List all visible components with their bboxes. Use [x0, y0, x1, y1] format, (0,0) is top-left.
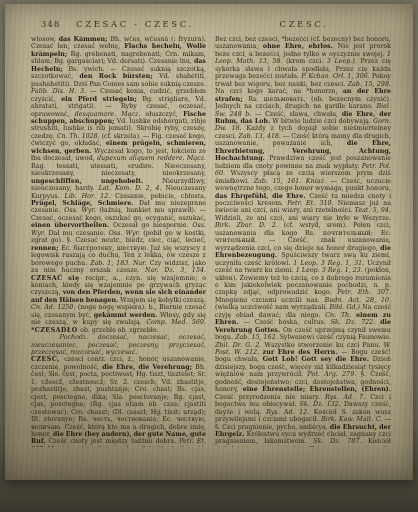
scanned-book-page: { "page": { "number": "348", "running_ti…: [0, 0, 418, 512]
running-title-right: CZESC.: [218, 20, 390, 30]
text-column-left: wlosow, das Kämmen; Bh. wčes, wčesná (: …: [31, 36, 206, 447]
text-column-right: Bez czci, bez czesci, *bezećci (cf. beze…: [215, 36, 391, 447]
running-title-left: CZESAC - CZESC.: [62, 20, 208, 30]
page-number: 348: [41, 20, 60, 30]
